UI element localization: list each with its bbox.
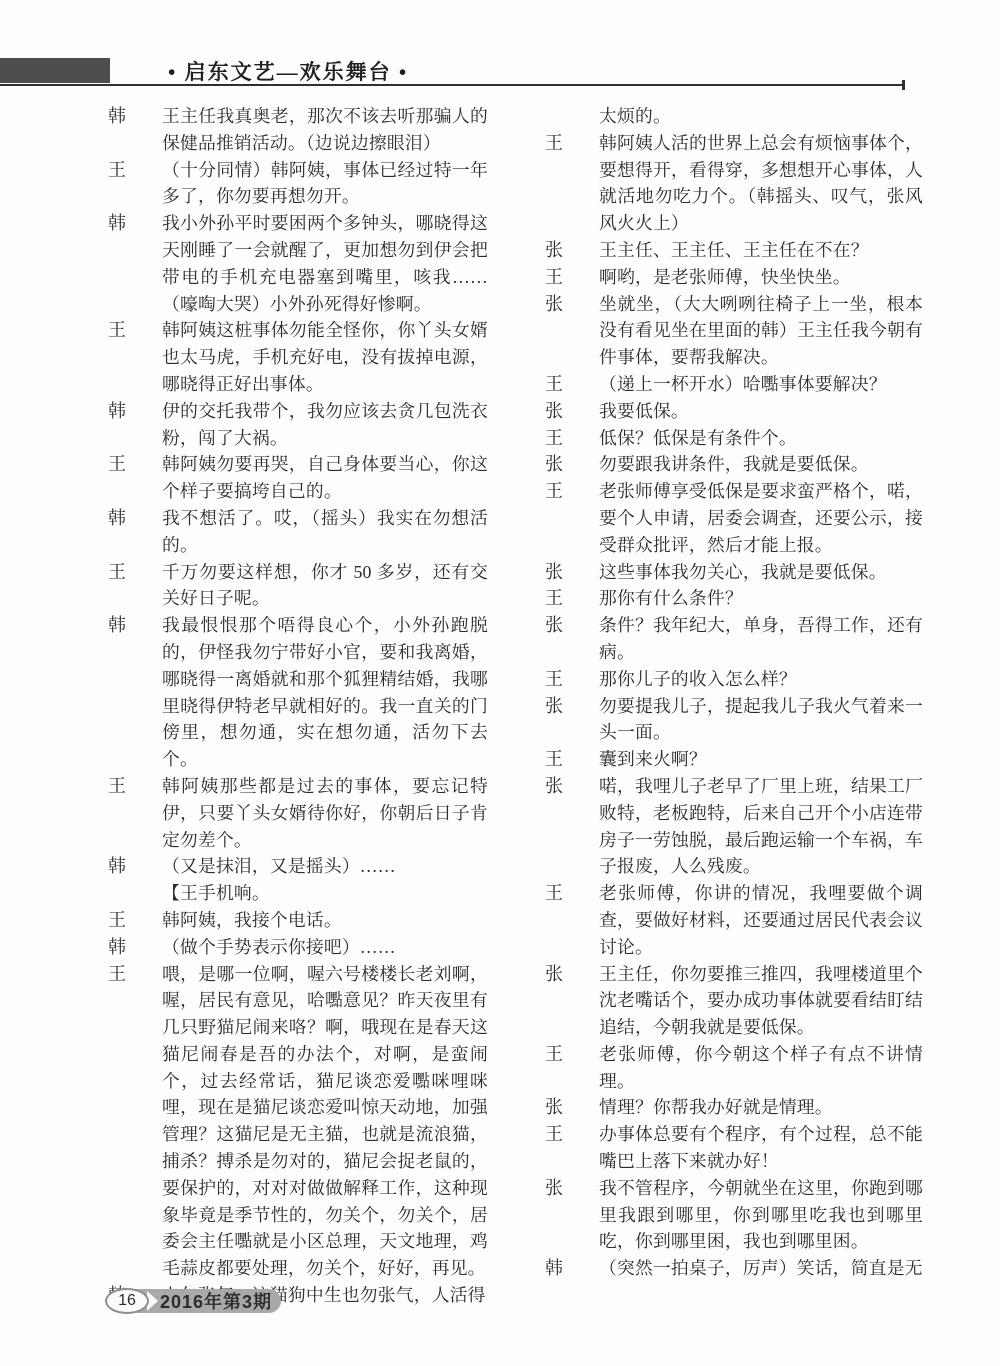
speaker-label: 王: [108, 157, 162, 184]
rule-end-tick: [902, 80, 905, 90]
speech-text: 情理？你帮我办好就是情理。: [599, 1094, 923, 1121]
speech-text: 老张师傅，你今朝这个样子有点不讲情理。: [599, 1041, 923, 1095]
speech-row: 韩王主任我真奥老，那次不该去听那骗人的保健品推销活动。（边说边擦眼泪）: [108, 103, 488, 157]
speech-row: 王老张师傅，你今朝这个样子有点不讲情理。: [545, 1041, 923, 1095]
speech-text: 囊到来火啊？: [599, 746, 923, 773]
speaker-label: 韩: [108, 505, 162, 532]
speaker-label: 王: [108, 961, 162, 988]
script-column-left: 韩王主任我真奥老，那次不该去听那骗人的保健品推销活动。（边说边擦眼泪）王（十分同…: [108, 103, 488, 1309]
page-footer-badge: 2016年第3期 16: [105, 1288, 285, 1314]
speech-row: 王低保？低保是有条件个。: [545, 425, 923, 452]
speech-row: 张勿要跟我讲条件，我就是要低保。: [545, 451, 923, 478]
speaker-label: 王: [545, 585, 599, 612]
speech-text: 韩阿姨这桩事体勿能全怪你，你丫头女婿也太马虎，手机充好电，没有拔掉电源，哪晓得正…: [162, 317, 488, 397]
speech-row: 王喂，是哪一位啊，喔六号楼楼长老刘啊，喔，居民有意见，哈嚸意见？昨天夜里有几只野…: [108, 961, 488, 1283]
speech-row: 王那你有什么条件？: [545, 585, 923, 612]
speaker-label: 王: [545, 666, 599, 693]
speech-text: 【王手机响。: [162, 880, 488, 907]
speech-row: 王（十分同情）韩阿姨，事体已经过特一年多了，你勿要再想勿开。: [108, 157, 488, 211]
speech-row: 王那你儿子的收入怎么样？: [545, 666, 923, 693]
speech-row: 王千万勿要这样想，你才 50 多岁，还有交关好日子呢。: [108, 559, 488, 613]
speech-row: 韩（做个手势表示你接吧）……: [108, 934, 488, 961]
speech-text: 韩阿姨勿要再哭，自己身体要当心，你这个样子要搞垮自己的。: [162, 451, 488, 505]
speech-text: 那你儿子的收入怎么样？: [599, 666, 923, 693]
script-column-right: 太烦的。王韩阿姨人活的世界上总会有烦恼事体个，要想得开，看得穿，多想想开心事体，…: [545, 103, 923, 1282]
speaker-label: 王: [545, 425, 599, 452]
speech-text: 我不管程序，今朝就坐在这里，你跑到哪里我跟到哪里，你到哪里吃我也到哪里吃，你到哪…: [599, 1175, 923, 1255]
page-number-badge: 16: [105, 1288, 149, 1314]
speech-text: （做个手势表示你接吧）……: [162, 934, 488, 961]
speech-row: 【王手机响。: [108, 880, 488, 907]
speech-row: 张情理？你帮我办好就是情理。: [545, 1094, 923, 1121]
speech-text: 老张师傅享受低保是要求蛮严格个，喏，要个人申请，居委会调查，还要公示，接受群众批…: [599, 478, 923, 558]
speaker-label: 王: [545, 478, 599, 505]
speech-row: 王韩阿姨勿要再哭，自己身体要当心，你这个样子要搞垮自己的。: [108, 451, 488, 505]
speaker-label: 张: [545, 291, 599, 318]
magazine-page: • 启东文艺—欢乐舞台 • 韩王主任我真奥老，那次不该去听那骗人的保健品推销活动…: [0, 0, 1000, 1366]
speaker-label: 王: [545, 880, 599, 907]
speaker-label: 张: [545, 693, 599, 720]
speech-text: 王主任我真奥老，那次不该去听那骗人的保健品推销活动。（边说边擦眼泪）: [162, 103, 488, 157]
speech-row: 韩我最恨恨那个唔得良心个，小外孙跑脱的，伊怪我勿宁带好小官，要和我离婚，哪晓得一…: [108, 612, 488, 773]
speech-row: 张王主任，你勿要推三推四，我哩楼道里个沈老嘴话个，要办成功事体就要看结盯结追结，…: [545, 961, 923, 1041]
speech-row: 张我要低保。: [545, 398, 923, 425]
speech-row: 韩我小外孙平时要困两个多钟头，哪晓得这天刚睡了一会就醒了，更加想勿到伊会把带电的…: [108, 210, 488, 317]
page-number: 16: [118, 1292, 136, 1310]
speech-row: 韩（突然一拍桌子，厉声）笑话，简直是无: [545, 1255, 923, 1282]
speaker-label: 王: [545, 130, 599, 157]
speech-text: 低保？低保是有条件个。: [599, 425, 923, 452]
speech-text: 勿要跟我讲条件，我就是要低保。: [599, 451, 923, 478]
speaker-label: 王: [108, 559, 162, 586]
speaker-label: 张: [545, 237, 599, 264]
header-corner-bar: [0, 58, 110, 83]
speech-row: 张这些事体我勿关心，我就是要低保。: [545, 559, 923, 586]
speech-row: 韩（又是抹泪，又是摇头）……: [108, 853, 488, 880]
speech-row: 张坐就坐，（大大咧咧往椅子上一坐，根本没有看见坐在里面的韩）王主任我今朝有件事体…: [545, 291, 923, 371]
speaker-label: 韩: [545, 1255, 599, 1282]
speaker-label: 王: [108, 773, 162, 800]
speech-row: 王韩阿姨那些都是过去的事体，要忘记特伊，只要丫头女婿待你好，你朝后日子肯定勿差个…: [108, 773, 488, 853]
section-title: • 启东文艺—欢乐舞台 •: [168, 56, 408, 86]
speech-text: 我最恨恨那个唔得良心个，小外孙跑脱的，伊怪我勿宁带好小官，要和我离婚，哪晓得一离…: [162, 612, 488, 773]
speech-text: 这些事体我勿关心，我就是要低保。: [599, 559, 923, 586]
speech-text: 那你有什么条件？: [599, 585, 923, 612]
speech-text: 老张师傅，你讲的情况，我哩要做个调查，要做好材料，还要通过居民代表会议讨论。: [599, 880, 923, 960]
speaker-label: 韩: [108, 103, 162, 130]
speaker-label: 张: [545, 398, 599, 425]
speech-text: 王主任，你勿要推三推四，我哩楼道里个沈老嘴话个，要办成功事体就要看结盯结追结，今…: [599, 961, 923, 1041]
speech-row: 王老张师傅享受低保是要求蛮严格个，喏，要个人申请，居委会调查，还要公示，接受群众…: [545, 478, 923, 558]
speaker-label: 王: [108, 451, 162, 478]
speaker-label: 王: [545, 1041, 599, 1068]
speech-text: 伊的交托我带个，我勿应该去贪几包洗衣粉，闯了大祸。: [162, 398, 488, 452]
speech-text: 我不想活了。哎，（摇头）我实在勿想活的。: [162, 505, 488, 559]
speech-text: （突然一拍桌子，厉声）笑话，简直是无: [599, 1255, 923, 1282]
speech-row: 张条件？我年纪大，单身，吾得工作，还有病。: [545, 612, 923, 666]
speech-text: 办事体总要有个程序，有个过程，总不能嘴巴上落下来就办好！: [599, 1121, 923, 1175]
speech-text: 韩阿姨那些都是过去的事体，要忘记特伊，只要丫头女婿待你好，你朝后日子肯定勿差个。: [162, 773, 488, 853]
speaker-label: 王: [545, 1121, 599, 1148]
speech-text: 韩阿姨，我接个电话。: [162, 907, 488, 934]
speaker-label: 张: [545, 451, 599, 478]
speaker-label: 王: [545, 264, 599, 291]
issue-label: 2016年第3期: [160, 1288, 272, 1314]
speech-row: 王老张师傅，你讲的情况，我哩要做个调查，要做好材料，还要通过居民代表会议讨论。: [545, 880, 923, 960]
speech-text: 王主任、王主任、王主任在不在？: [599, 237, 923, 264]
speaker-label: 韩: [108, 398, 162, 425]
speech-row: 张喏，我哩儿子老早了厂里上班，结果工厂败特，老板跑特，后来自己开个小店连带房子一…: [545, 773, 923, 880]
speech-text: 坐就坐，（大大咧咧往椅子上一坐，根本没有看见坐在里面的韩）王主任我今朝有件事体，…: [599, 291, 923, 371]
speaker-label: 张: [545, 961, 599, 988]
speech-text: （又是抹泪，又是摇头）……: [162, 853, 488, 880]
speaker-label: 韩: [108, 853, 162, 880]
speaker-label: 韩: [108, 934, 162, 961]
speech-row: 张我不管程序，今朝就坐在这里，你跑到哪里我跟到哪里，你到哪里吃我也到哪里吃，你到…: [545, 1175, 923, 1255]
speaker-label: 张: [545, 1094, 599, 1121]
header-rule: [0, 84, 905, 86]
speech-row: 王啊哟，是老张师傅，快坐快坐。: [545, 264, 923, 291]
speech-row: 韩伊的交托我带个，我勿应该去贪几包洗衣粉，闯了大祸。: [108, 398, 488, 452]
speech-text: 喂，是哪一位啊，喔六号楼楼长老刘啊，喔，居民有意见，哈嚸意见？昨天夜里有几只野猫…: [162, 961, 488, 1283]
speech-text: 喏，我哩儿子老早了厂里上班，结果工厂败特，老板跑特，后来自己开个小店连带房子一劳…: [599, 773, 923, 880]
speech-text: （十分同情）韩阿姨，事体已经过特一年多了，你勿要再想勿开。: [162, 157, 488, 211]
speaker-label: 韩: [108, 612, 162, 639]
speech-text: （递上一杯开水）哈嚸事体要解决？: [599, 371, 923, 398]
speech-row: 韩我不想活了。哎，（摇头）我实在勿想活的。: [108, 505, 488, 559]
speech-row: 张王主任、王主任、王主任在不在？: [545, 237, 923, 264]
speaker-label: 韩: [108, 210, 162, 237]
speech-row: 王韩阿姨这桩事体勿能全怪你，你丫头女婿也太马虎，手机充好电，没有拔掉电源，哪晓得…: [108, 317, 488, 397]
speech-text: 太烦的。: [599, 103, 923, 130]
speech-row: 太烦的。: [545, 103, 923, 130]
speech-text: 韩阿姨人活的世界上总会有烦恼事体个，要想得开，看得穿，多想想开心事体，人就活地勿…: [599, 130, 923, 237]
speech-text: 我小外孙平时要困两个多钟头，哪晓得这天刚睡了一会就醒了，更加想勿到伊会把带电的手…: [162, 210, 488, 317]
speaker-label: 张: [545, 773, 599, 800]
speech-row: 王韩阿姨，我接个电话。: [108, 907, 488, 934]
speaker-label: 王: [545, 746, 599, 773]
speech-row: 王办事体总要有个程序，有个过程，总不能嘴巴上落下来就办好！: [545, 1121, 923, 1175]
speech-row: 王韩阿姨人活的世界上总会有烦恼事体个，要想得开，看得穿，多想想开心事体，人就活地…: [545, 130, 923, 237]
speech-text: 啊哟，是老张师傅，快坐快坐。: [599, 264, 923, 291]
speaker-label: 王: [108, 907, 162, 934]
speech-text: 我要低保。: [599, 398, 923, 425]
speaker-label: 王: [545, 371, 599, 398]
speaker-label: 张: [545, 1175, 599, 1202]
speech-row: 张勿要提我儿子，提起我儿子我火气着来一头一面。: [545, 693, 923, 747]
speech-text: 千万勿要这样想，你才 50 多岁，还有交关好日子呢。: [162, 559, 488, 613]
speaker-label: 张: [545, 559, 599, 586]
speaker-label: 王: [108, 317, 162, 344]
speech-text: 条件？我年纪大，单身，吾得工作，还有病。: [599, 612, 923, 666]
speech-text: 勿要提我儿子，提起我儿子我火气着来一头一面。: [599, 693, 923, 747]
speech-row: 王（递上一杯开水）哈嚸事体要解决？: [545, 371, 923, 398]
speaker-label: 张: [545, 612, 599, 639]
speech-row: 王囊到来火啊？: [545, 746, 923, 773]
